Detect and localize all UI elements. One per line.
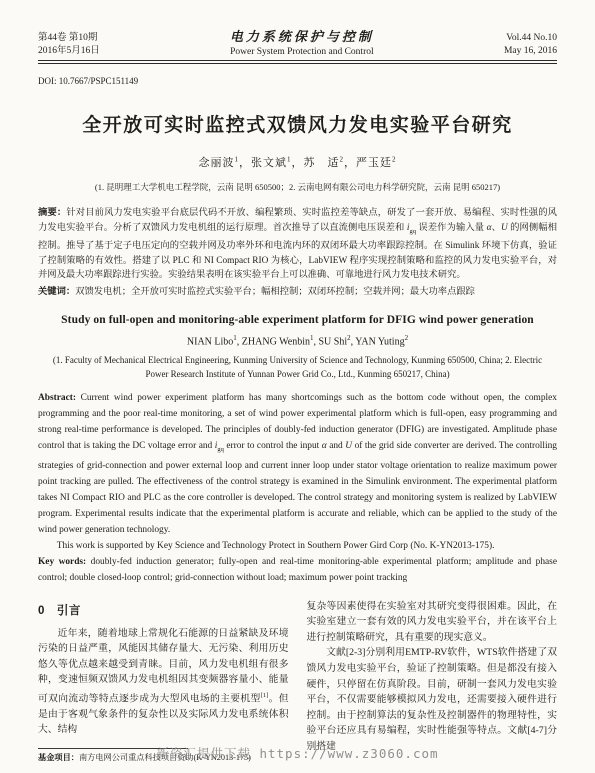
issue-info-cn: 第44卷 第10期 2016年5月16日 — [38, 32, 100, 58]
abstract-cn: 摘要：针对目前风力发电实验平台底层代码不开放、编程繁琐、实时监控差等缺点，研发了… — [38, 205, 557, 283]
journal-title-block: 电力系统保护与控制 Power System Protection and Co… — [224, 26, 380, 58]
authors-cn: 念丽波1，张文斌1，苏 适2，严玉廷2 — [38, 154, 557, 170]
masthead-rule-thin — [38, 60, 557, 61]
right-column: 复杂等因素使得在实验室对其研究变得很困难。因此，在实验室建立一套有效的风力发电实… — [307, 599, 558, 764]
download-watermark: 新资汇提供下载 https://www.z3060.com — [0, 744, 595, 762]
keywords-text-cn: 双馈发电机；全开放可实时监控式实验平台；幅相控制；双闭环控制；空载并网；最大功率… — [75, 287, 475, 297]
author-name: 张文斌 — [251, 157, 287, 169]
abstract-text: error to control the input — [224, 441, 322, 451]
body-paragraph: 文献[2-3]分别利用EMTP-RV软件，WTS软件搭建了双馈风力发电实验平台，… — [307, 645, 558, 754]
journal-page: 第44卷 第10期 2016年5月16日 电力系统保护与控制 Power Sys… — [0, 0, 595, 773]
author-sep: ， — [292, 157, 304, 169]
keywords-label-cn: 关键词： — [38, 286, 75, 296]
affiliation-cn: (1. 昆明理工大学机电工程学院，云南 昆明 650500；2. 云南电网有限公… — [38, 181, 557, 193]
keywords-text-en: doubly-fed induction generator; fully-op… — [38, 557, 557, 583]
funding-note-en: This work is supported by Key Science an… — [38, 538, 557, 554]
journal-name-cn: 电力系统保护与控制 — [224, 26, 380, 45]
volume-issue-cn: 第44卷 第10期 — [38, 32, 100, 45]
article-title-en: Study on full-open and monitoring-able e… — [38, 314, 557, 326]
author-name: 念丽波 — [199, 157, 235, 169]
issue-date-en: May 16, 2016 — [504, 45, 557, 58]
author-name: 苏 适 — [304, 157, 340, 169]
author-affil-mark: 2 — [405, 334, 409, 342]
abstract-text: 、 — [491, 223, 501, 233]
abstract-text: of the grid side converter are derived. … — [38, 441, 557, 535]
journal-masthead: 第44卷 第10期 2016年5月16日 电力系统保护与控制 Power Sys… — [38, 26, 557, 58]
authors-en: NIAN Libo1, ZHANG Wenbin1, SU Shi2, YAN … — [38, 334, 557, 347]
article-title-cn: 全开放可实时监控式双馈风力发电实验平台研究 — [38, 110, 557, 137]
abstract-text: and — [327, 441, 346, 451]
keywords-cn: 关键词：双馈发电机；全开放可实时监控式实验平台；幅相控制；双闭环控制；空载并网；… — [38, 284, 557, 300]
math-var-u: U — [501, 223, 508, 233]
author-sep: ， — [239, 157, 251, 169]
doi: DOI: 10.7667/PSPC151149 — [38, 76, 557, 86]
journal-name-en: Power System Protection and Control — [224, 47, 380, 58]
author-sep: ， — [344, 157, 356, 169]
body-paragraph: 复杂等因素使得在实验室对其研究变得很困难。因此，在实验室建立一套有效的风力发电实… — [307, 599, 558, 646]
author-name: ZHANG Wenbin — [242, 337, 310, 348]
issue-info-en: Vol.44 No.10 May 16, 2016 — [504, 32, 557, 58]
author-name: 严玉廷 — [356, 157, 392, 169]
author-name: YAN Yuting — [355, 337, 404, 348]
paragraph-text: 近年来，随着地球上常规化石能源的日益紧缺及环境污染的日益严重，风能因其储存量大、… — [38, 628, 289, 705]
abstract-label-en: Abstract: — [38, 393, 81, 403]
keywords-label-en: Key words: — [38, 557, 91, 567]
volume-issue-en: Vol.44 No.10 — [504, 32, 557, 45]
author-affil-mark: 2 — [392, 155, 397, 163]
masthead-rule-thick — [38, 63, 557, 64]
keywords-en: Key words: doubly-fed induction generato… — [38, 554, 557, 586]
issue-date-cn: 2016年5月16日 — [38, 45, 100, 58]
body-columns: 0引言 近年来，随着地球上常规化石能源的日益紧缺及环境污染的日益严重，风能因其储… — [38, 599, 557, 764]
section-number: 0 — [38, 605, 45, 617]
masthead-rules — [38, 60, 557, 64]
author-name: SU Shi — [318, 337, 347, 348]
section-heading-introduction: 0引言 — [38, 602, 289, 618]
abstract-text: 误差作为输入量 — [416, 223, 487, 233]
abstract-en: Abstract: Current wind power experiment … — [38, 390, 557, 538]
body-paragraph: 近年来，随着地球上常规化石能源的日益紧缺及环境污染的日益严重，风能因其储存量大、… — [38, 626, 289, 738]
affiliation-en: (1. Faculty of Mechanical Electrical Eng… — [38, 353, 557, 381]
section-title: 引言 — [57, 605, 81, 617]
left-column: 0引言 近年来，随着地球上常规化石能源的日益紧缺及环境污染的日益严重，风能因其储… — [38, 599, 289, 764]
abstract-label-cn: 摘要： — [38, 207, 66, 217]
author-name: NIAN Libo — [187, 337, 233, 348]
